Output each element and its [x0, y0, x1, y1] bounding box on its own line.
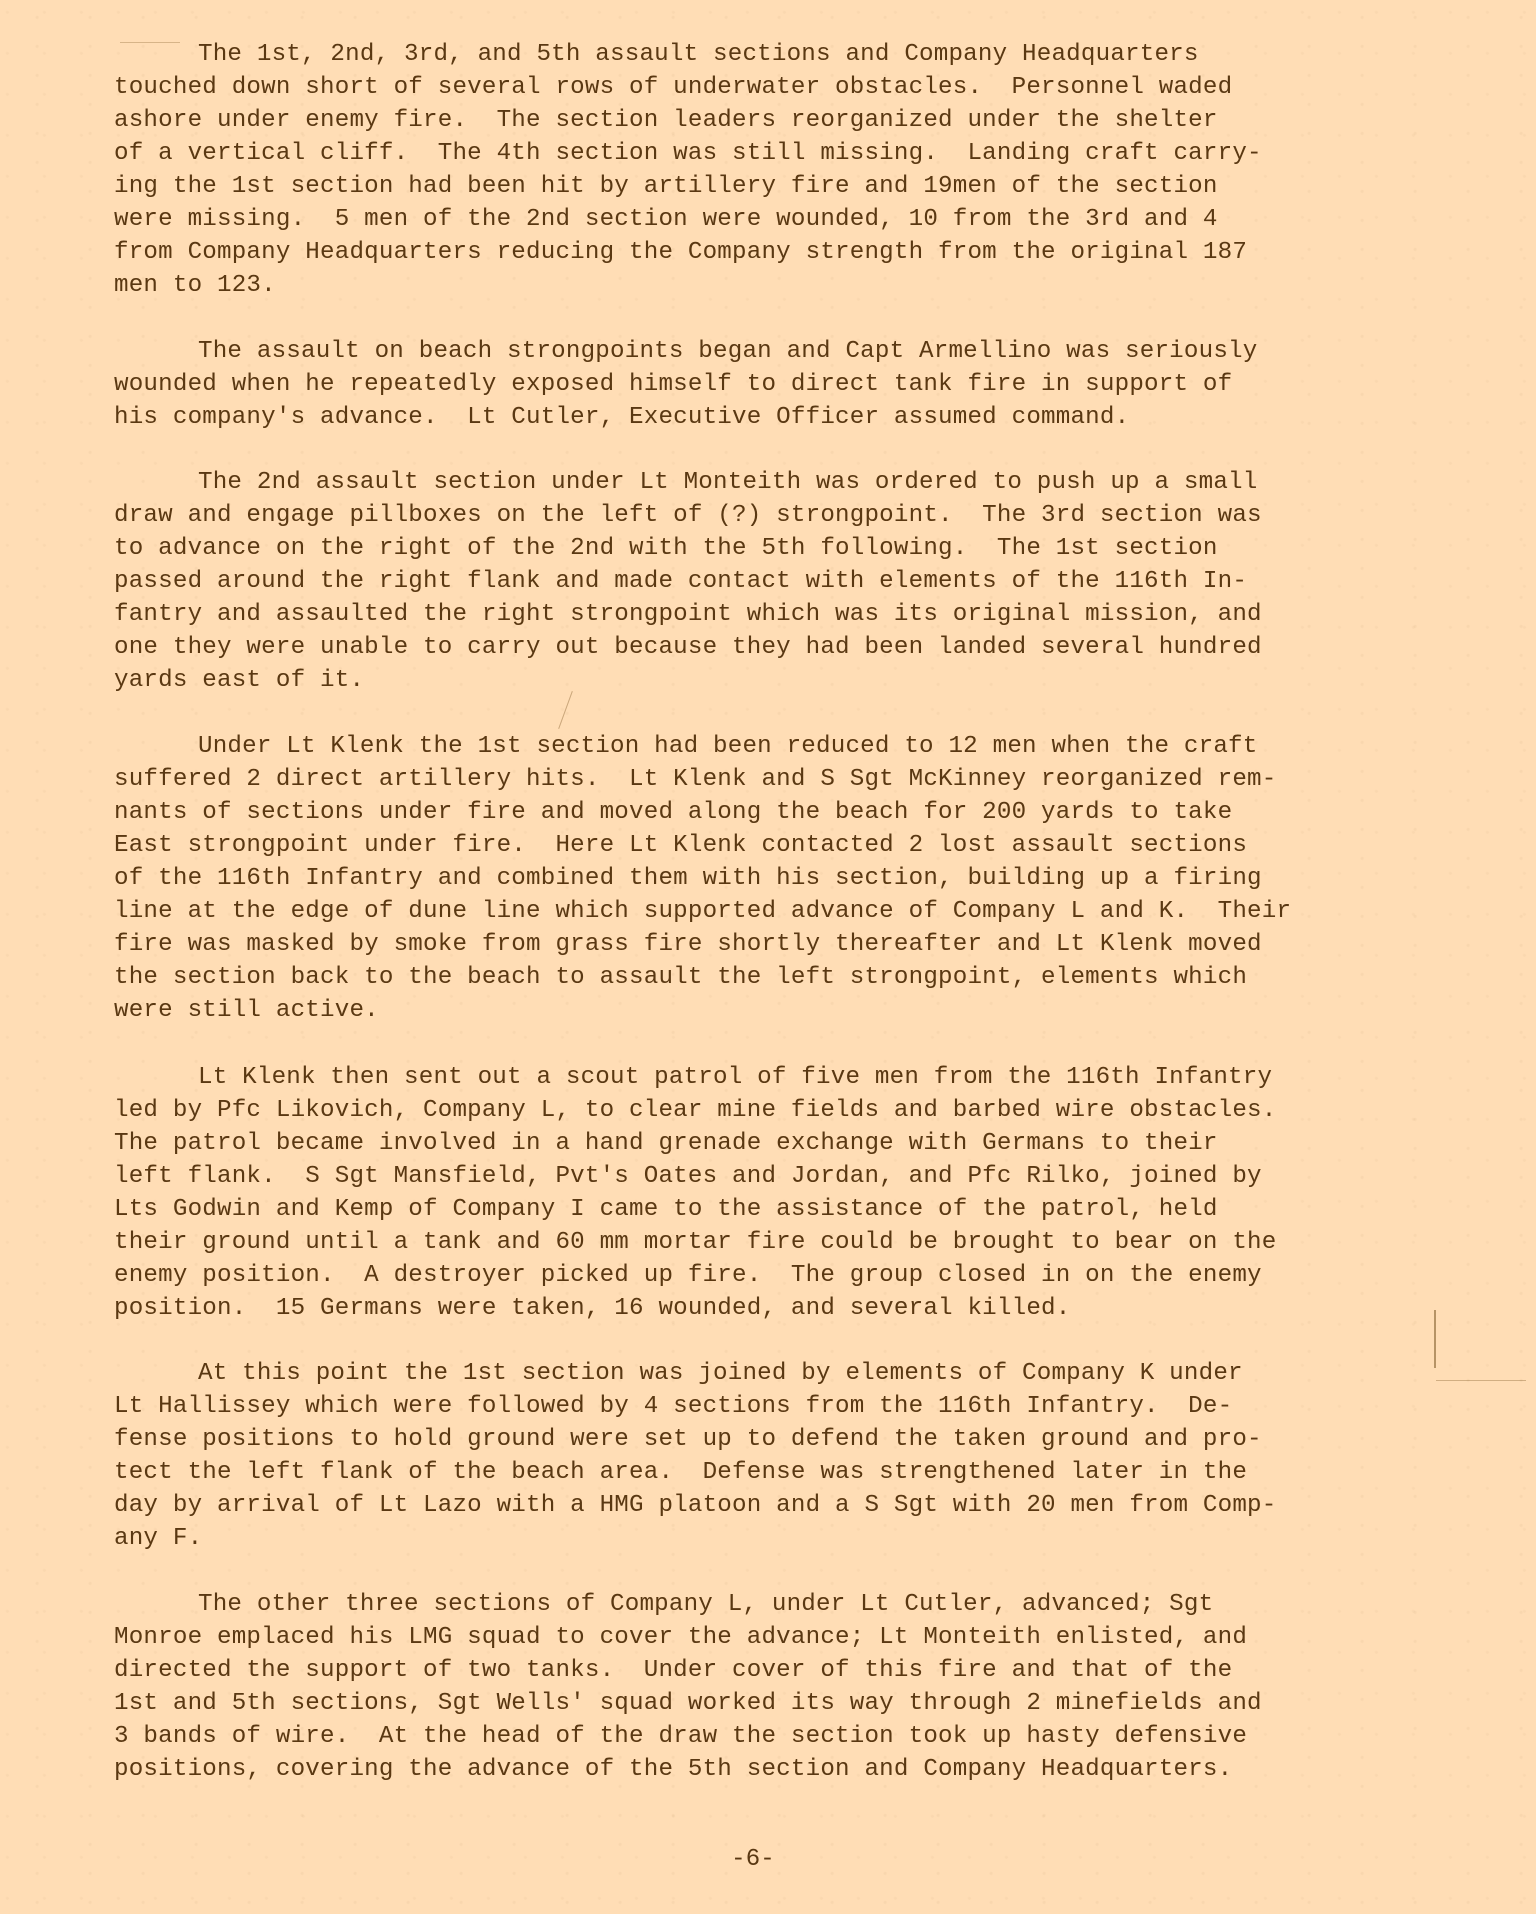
- text-line: Lt Klenk then sent out a scout patrol of…: [114, 1061, 1414, 1094]
- text-line: 3 bands of wire. At the head of the draw…: [114, 1720, 1414, 1753]
- text-line: left flank. S Sgt Mansfield, Pvt's Oates…: [114, 1160, 1414, 1193]
- text-line: At this point the 1st section was joined…: [114, 1357, 1414, 1390]
- page-number: -6-: [0, 1843, 1536, 1876]
- scan-artifact-mark: [1434, 1310, 1436, 1368]
- text-line: Lts Godwin and Kemp of Company I came to…: [114, 1193, 1414, 1226]
- text-line: East strongpoint under fire. Here Lt Kle…: [114, 829, 1414, 862]
- text-line: yards east of it.: [114, 664, 1414, 697]
- text-line: touched down short of several rows of un…: [114, 71, 1414, 104]
- scan-artifact-mark: [1436, 1380, 1526, 1381]
- text-line: enemy position. A destroyer picked up fi…: [114, 1259, 1414, 1292]
- text-line: of the 116th Infantry and combined them …: [114, 862, 1414, 895]
- text-line: nants of sections under fire and moved a…: [114, 796, 1414, 829]
- text-line: fantry and assaulted the right strongpoi…: [114, 598, 1414, 631]
- text-line: to advance on the right of the 2nd with …: [114, 532, 1414, 565]
- text-line: Monroe emplaced his LMG squad to cover t…: [114, 1621, 1414, 1654]
- paragraph-lt-klenk: Under Lt Klenk the 1st section had been …: [114, 730, 1414, 1027]
- text-line: fire was masked by smoke from grass fire…: [114, 928, 1414, 961]
- paragraph-other-sections: The other three sections of Company L, u…: [114, 1588, 1414, 1786]
- paragraph-landing: The 1st, 2nd, 3rd, and 5th assault secti…: [114, 38, 1414, 302]
- text-line: of a vertical cliff. The 4th section was…: [114, 137, 1414, 170]
- text-line: line at the edge of dune line which supp…: [114, 895, 1414, 928]
- text-line: passed around the right flank and made c…: [114, 565, 1414, 598]
- paragraph-assault-strongpoints: The assault on beach strongpoints began …: [114, 335, 1414, 434]
- text-line: The assault on beach strongpoints began …: [114, 335, 1414, 368]
- text-line: The 1st, 2nd, 3rd, and 5th assault secti…: [114, 38, 1414, 71]
- text-line: draw and engage pillboxes on the left of…: [114, 499, 1414, 532]
- text-line: one they were unable to carry out becaus…: [114, 631, 1414, 664]
- text-line: ing the 1st section had been hit by arti…: [114, 170, 1414, 203]
- paragraph-defense-positions: At this point the 1st section was joined…: [114, 1357, 1414, 1555]
- text-line: Under Lt Klenk the 1st section had been …: [114, 730, 1414, 763]
- text-line: ashore under enemy fire. The section lea…: [114, 104, 1414, 137]
- text-line: Lt Hallissey which were followed by 4 se…: [114, 1390, 1414, 1423]
- text-line: their ground until a tank and 60 mm mort…: [114, 1226, 1414, 1259]
- text-line: 1st and 5th sections, Sgt Wells' squad w…: [114, 1687, 1414, 1720]
- paragraph-second-section: The 2nd assault section under Lt Monteit…: [114, 466, 1414, 697]
- text-line: were missing. 5 men of the 2nd section w…: [114, 203, 1414, 236]
- text-line: fense positions to hold ground were set …: [114, 1423, 1414, 1456]
- text-line: any F.: [114, 1522, 1414, 1555]
- paragraph-scout-patrol: Lt Klenk then sent out a scout patrol of…: [114, 1061, 1414, 1325]
- text-line: from Company Headquarters reducing the C…: [114, 236, 1414, 269]
- text-line: wounded when he repeatedly exposed himse…: [114, 368, 1414, 401]
- text-line: The patrol became involved in a hand gre…: [114, 1127, 1414, 1160]
- text-line: tect the left flank of the beach area. D…: [114, 1456, 1414, 1489]
- text-line: day by arrival of Lt Lazo with a HMG pla…: [114, 1489, 1414, 1522]
- text-line: suffered 2 direct artillery hits. Lt Kle…: [114, 763, 1414, 796]
- text-line: his company's advance. Lt Cutler, Execut…: [114, 401, 1414, 434]
- text-line: were still active.: [114, 994, 1414, 1027]
- text-line: led by Pfc Likovich, Company L, to clear…: [114, 1094, 1414, 1127]
- text-line: positions, covering the advance of the 5…: [114, 1753, 1414, 1786]
- text-line: directed the support of two tanks. Under…: [114, 1654, 1414, 1687]
- typewritten-document-page: The 1st, 2nd, 3rd, and 5th assault secti…: [0, 0, 1536, 1914]
- scan-artifact-mark: [120, 42, 180, 43]
- text-line: men to 123.: [114, 269, 1414, 302]
- text-line: The 2nd assault section under Lt Monteit…: [114, 466, 1414, 499]
- text-line: position. 15 Germans were taken, 16 woun…: [114, 1292, 1414, 1325]
- page-number-text: -6-: [731, 1846, 775, 1873]
- text-line: The other three sections of Company L, u…: [114, 1588, 1414, 1621]
- text-line: the section back to the beach to assault…: [114, 961, 1414, 994]
